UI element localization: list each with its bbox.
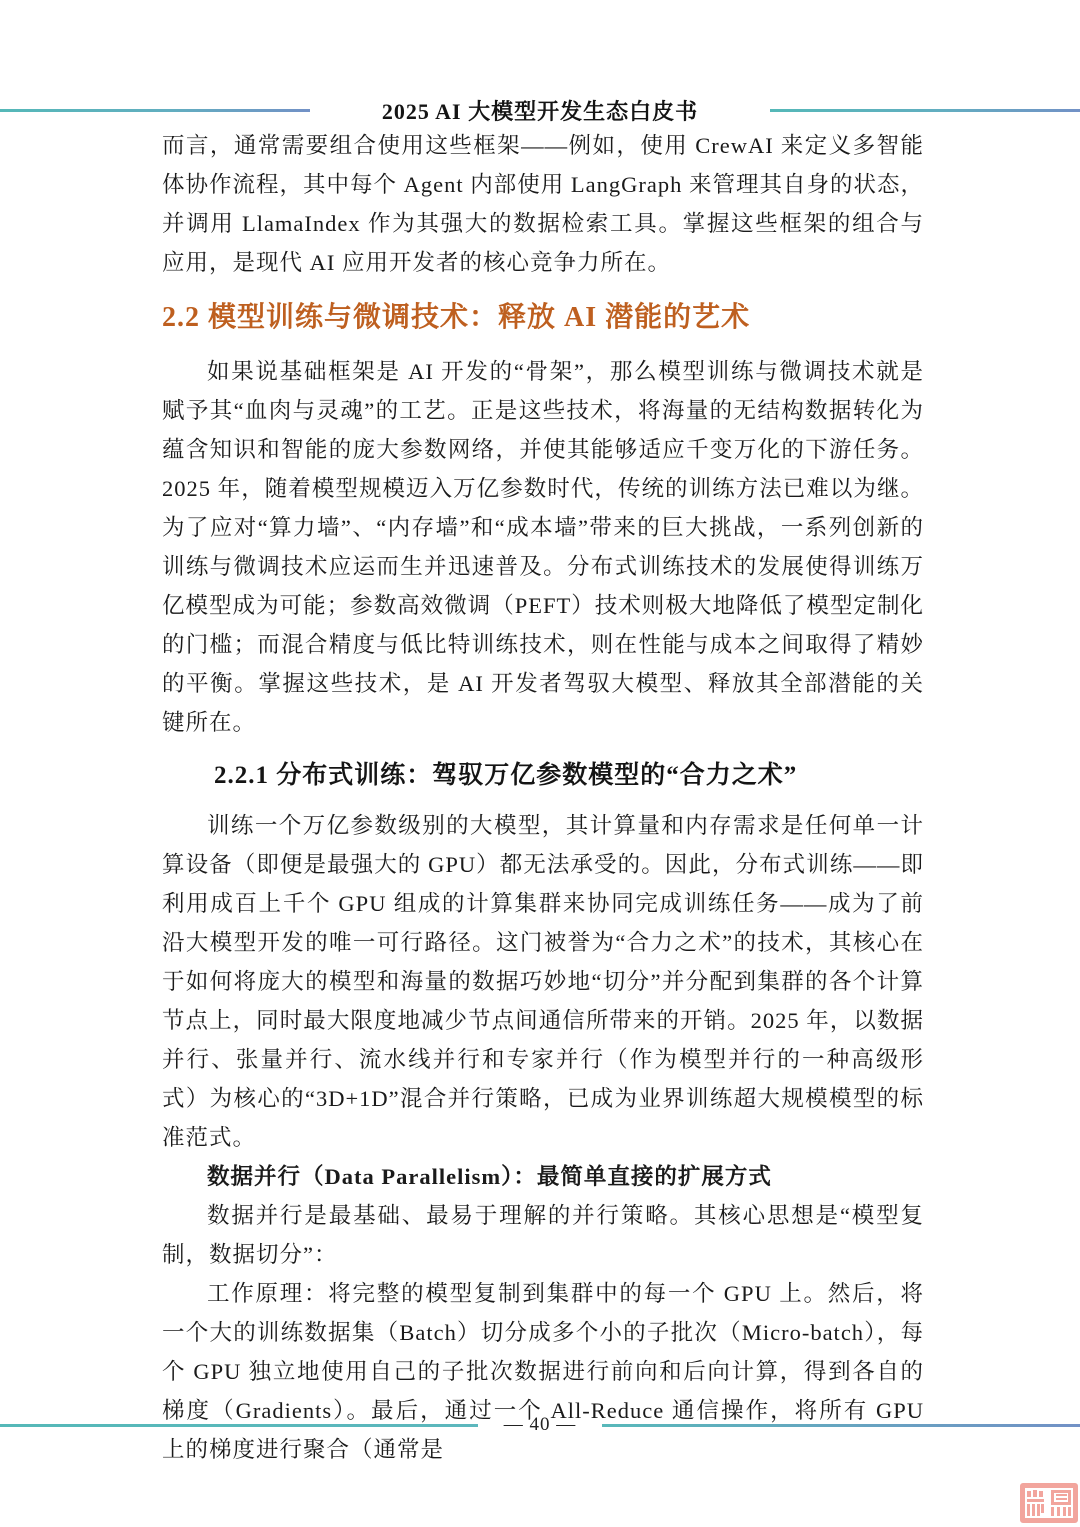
- paragraph-continuation: 而言，通常需要组合使用这些框架——例如，使用 CrewAI 来定义多智能体协作流…: [162, 126, 924, 282]
- document-page: 2025 AI 大模型开发生态白皮书 而言，通常需要组合使用这些框架——例如，使…: [0, 0, 1080, 1527]
- header-title: 2025 AI 大模型开发生态白皮书: [382, 95, 698, 126]
- paragraph-data-parallelism-intro: 数据并行是最基础、最易于理解的并行策略。其核心思想是“模型复制，数据切分”：: [162, 1196, 924, 1274]
- red-seal-watermark: [1020, 1483, 1078, 1523]
- section-heading-2-2: 2.2 模型训练与微调技术：释放 AI 潜能的艺术: [162, 296, 924, 340]
- page-footer: — 40 —: [0, 1414, 1080, 1436]
- page-header: 2025 AI 大模型开发生态白皮书: [0, 95, 1080, 126]
- paragraph-section-intro: 如果说基础框架是 AI 开发的“骨架”，那么模型训练与微调技术就是赋予其“血肉与…: [162, 352, 924, 742]
- header-rule-right: [770, 109, 1080, 112]
- page-number: — 40 —: [504, 1414, 577, 1436]
- paragraph-distributed-training: 训练一个万亿参数级别的大模型，其计算量和内存需求是任何单一计算设备（即便是最强大…: [162, 806, 924, 1157]
- document-body: 而言，通常需要组合使用这些框架——例如，使用 CrewAI 来定义多智能体协作流…: [162, 126, 924, 1469]
- seal-glyphs-icon: [1027, 1490, 1071, 1516]
- subsection-heading-2-2-1: 2.2.1 分布式训练：驾驭万亿参数模型的“合力之术”: [162, 754, 924, 798]
- footer-rule-right: [602, 1424, 1080, 1427]
- header-rule-left: [0, 109, 310, 112]
- paragraph-working-principle: 工作原理：将完整的模型复制到集群中的每一个 GPU 上。然后，将一个大的训练数据…: [162, 1274, 924, 1469]
- footer-rule-left: [0, 1424, 478, 1427]
- bold-lead-data-parallelism: 数据并行（Data Parallelism）：最简单直接的扩展方式: [162, 1157, 924, 1196]
